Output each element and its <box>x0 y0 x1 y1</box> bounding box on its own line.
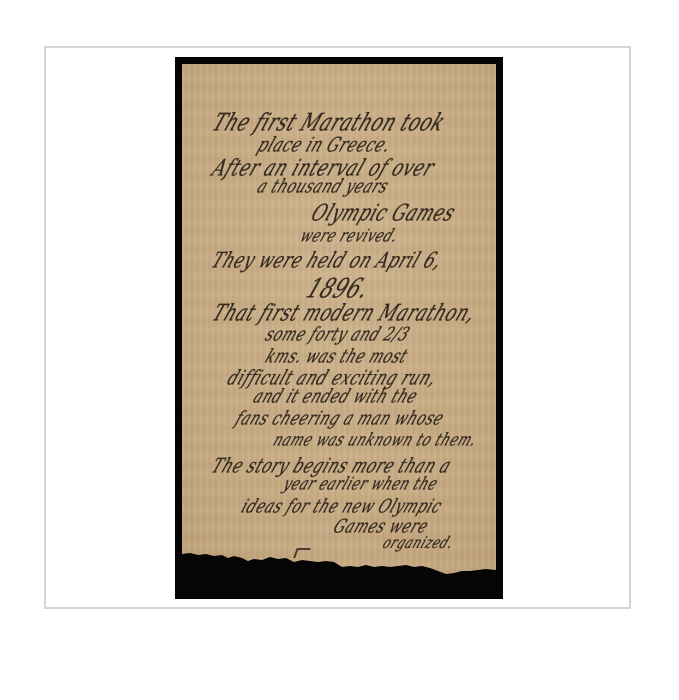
handwritten-line: a thousand years <box>254 176 392 198</box>
handwritten-line: Olympic Games <box>307 200 459 227</box>
handwritten-line: ideas for the new Olympic <box>238 496 445 518</box>
handwritten-line: fans cheering a man whose <box>232 408 447 430</box>
handwritten-line: They were held on April 6, <box>208 247 447 273</box>
handwritten-line: some forty and 2/3 <box>262 324 413 346</box>
handwritten-line: and it ended with the <box>250 386 421 408</box>
handwritten-line: were revived. <box>297 227 401 247</box>
handwritten-line: place in Greece. <box>254 133 395 157</box>
torn-paper-edge <box>182 549 496 589</box>
handwritten-line: name was unknown to them. <box>270 431 480 451</box>
aged-paper-sheet: The first Marathon took place in Greece.… <box>182 64 496 582</box>
handwritten-line: year earlier when the <box>280 475 441 495</box>
handwritten-text: The first Marathon took place in Greece.… <box>182 64 496 564</box>
black-mount: The first Marathon took place in Greece.… <box>175 57 503 599</box>
handwritten-line: That first modern Marathon, <box>208 300 480 327</box>
